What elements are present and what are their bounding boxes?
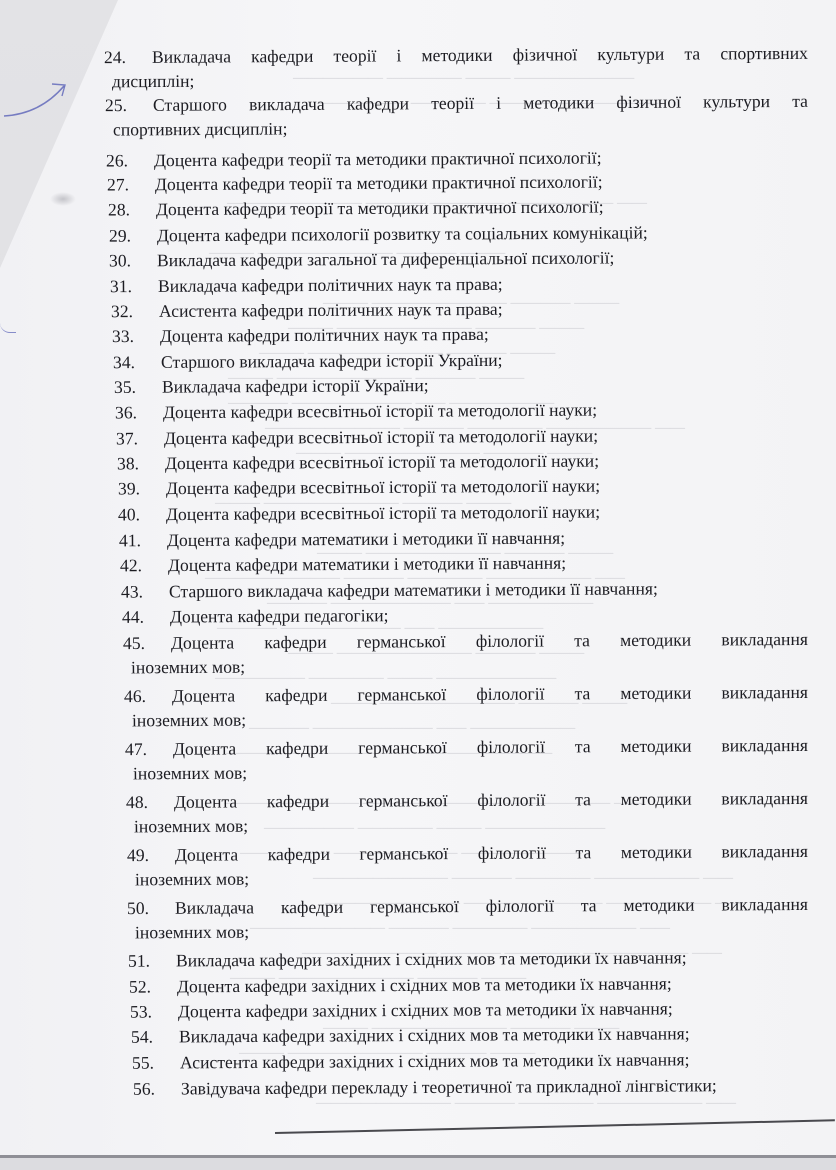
item-number: 41. xyxy=(119,529,167,551)
list-item: 26.Доцента кафедри теорії та методики пр… xyxy=(106,146,602,171)
item-number: 40. xyxy=(118,503,166,525)
item-text: Викладача кафедри західних і східних мов… xyxy=(179,1023,690,1046)
item-number: 55. xyxy=(132,1051,180,1073)
item-number: 49. xyxy=(127,844,175,866)
item-number: 51. xyxy=(128,949,176,971)
item-text: Доцента кафедри математики і методики її… xyxy=(167,528,565,550)
list-item: 51.Викладача кафедри західних і східних … xyxy=(128,946,687,971)
item-number: 33. xyxy=(112,325,160,347)
list-item: 27.Доцента кафедри теорії та методики пр… xyxy=(107,170,603,195)
item-text: Викладача кафедри західних і східних мов… xyxy=(176,947,687,970)
item-number: 27. xyxy=(107,173,155,195)
list-item: 46.Доцентакафедригерманськоїфілологіїтам… xyxy=(124,681,808,707)
item-text: Доцента кафедри всесвітньої історії та м… xyxy=(165,451,599,474)
item-number: 38. xyxy=(117,452,165,474)
item-number: 35. xyxy=(114,376,162,398)
item-text: Доцентакафедригерманськоїфілологіїтамето… xyxy=(174,787,808,813)
item-number: 39. xyxy=(118,477,166,499)
item-text: Доцента кафедри всесвітньої історії та м… xyxy=(164,426,598,449)
list-item: 31.Викладача кафедри політичних наук та … xyxy=(110,273,503,297)
item-text: Доцентакафедригерманськоїфілологіїтамето… xyxy=(171,628,808,654)
item-text: Старшого викладача кафедри математики і … xyxy=(169,578,658,601)
item-text: Викладачакафедритеоріїіметодикифізичноїк… xyxy=(152,42,808,68)
item-text: Викладача кафедри загальної та диференці… xyxy=(157,247,614,270)
list-item: 44.Доцента кафедри педагогіки; xyxy=(122,604,389,628)
list-item: 25.Старшоговикладачакафедритеоріїіметоди… xyxy=(105,90,808,116)
item-text: Доцента кафедри всесвітньої історії та м… xyxy=(166,502,600,525)
item-number: 37. xyxy=(116,427,164,449)
list-item: 34.Старшого викладача кафедри історії Ук… xyxy=(113,349,503,373)
item-number: 32. xyxy=(111,300,159,322)
list-item: 50.Викладачакафедригерманськоїфілологіїт… xyxy=(127,893,808,919)
item-number: 42. xyxy=(120,554,168,576)
item-text: Викладача кафедри політичних наук та пра… xyxy=(158,274,503,296)
item-text: Старшоговикладачакафедритеоріїіметодикиф… xyxy=(153,90,808,116)
item-number: 53. xyxy=(130,1000,178,1022)
item-text: Доцента кафедри психології розвитку та с… xyxy=(157,222,648,245)
item-text: Доцента кафедри політичних наук та права… xyxy=(160,324,489,346)
list-item: 53.Доцента кафедри західних і східних мо… xyxy=(130,997,673,1022)
item-text: Доцентакафедригерманськоїфілологіїтамето… xyxy=(175,840,808,866)
item-number: 24. xyxy=(104,46,152,68)
item-number: 52. xyxy=(129,975,177,997)
item-text: Старшого викладача кафедри історії Украї… xyxy=(161,350,503,372)
item-number: 48. xyxy=(126,791,174,813)
list-item: 37.Доцента кафедри всесвітньої історії т… xyxy=(116,425,598,450)
item-number: 45. xyxy=(123,632,171,654)
item-text: Доцента кафедри математики і методики її… xyxy=(168,553,566,575)
item-text: Викладача кафедри історії України; xyxy=(162,375,429,397)
item-text: Доцента кафедри всесвітньої історії та м… xyxy=(163,400,597,423)
position-list: 24.Викладачакафедритеоріїіметодикифізичн… xyxy=(0,0,836,1170)
item-text: Доцента кафедри теорії та методики практ… xyxy=(155,171,603,194)
list-item: 32.Асистента кафедри політичних наук та … xyxy=(111,298,503,322)
item-number: 44. xyxy=(122,606,170,628)
item-number: 50. xyxy=(127,897,175,919)
list-item: 41.Доцента кафедри математики і методики… xyxy=(119,527,565,552)
item-text: Доцента кафедри педагогіки; xyxy=(170,605,389,626)
item-number: 26. xyxy=(106,149,154,171)
list-item: 43.Старшого викладача кафедри математики… xyxy=(121,577,658,602)
list-item: 54.Викладача кафедри західних і східних … xyxy=(131,1022,690,1047)
item-continuation: дисциплін; xyxy=(112,70,195,93)
list-item: 24.Викладачакафедритеоріїіметодикифізичн… xyxy=(104,42,808,68)
item-number: 47. xyxy=(125,738,173,760)
item-continuation: спортивних дисциплін; xyxy=(113,117,288,140)
list-item: 52.Доцента кафедри західних і східних мо… xyxy=(129,972,672,997)
item-text: Асистента кафедри західних і східних мов… xyxy=(180,1049,690,1072)
item-continuation: іноземних мов; xyxy=(135,921,249,944)
item-number: 46. xyxy=(124,685,172,707)
item-number: 28. xyxy=(108,198,156,220)
item-text: Доцента кафедри західних і східних мов т… xyxy=(177,973,672,996)
item-number: 43. xyxy=(121,580,169,602)
list-item: 56.Завідувача кафедри перекладу і теорет… xyxy=(133,1074,717,1100)
item-number: 30. xyxy=(109,249,157,271)
item-continuation: іноземних мов; xyxy=(132,709,246,732)
list-item: 42.Доцента кафедри математики і методики… xyxy=(120,552,566,577)
item-text: Доцента кафедри всесвітньої історії та м… xyxy=(166,476,600,499)
item-text: Доцента кафедри теорії та методики практ… xyxy=(154,147,602,170)
list-item: 45.Доцентакафедригерманськоїфілологіїтам… xyxy=(123,628,808,654)
item-text: Викладачакафедригерманськоїфілологіїтаме… xyxy=(175,893,808,919)
list-item: 30.Викладача кафедри загальної та дифере… xyxy=(109,246,614,271)
list-item: 49.Доцентакафедригерманськоїфілологіїтам… xyxy=(127,840,808,866)
item-text: Доцентакафедригерманськоїфілологіїтамето… xyxy=(172,681,808,707)
item-text: Завідувача кафедри перекладу і теоретичн… xyxy=(181,1075,717,1098)
list-item: 28.Доцента кафедри теорії та методики пр… xyxy=(108,195,604,220)
item-number: 56. xyxy=(133,1077,181,1099)
item-continuation: іноземних мов; xyxy=(134,815,248,838)
item-number: 34. xyxy=(113,351,161,373)
item-text: Доцента кафедри теорії та методики практ… xyxy=(156,196,604,219)
list-item: 55.Асистента кафедри західних і східних … xyxy=(132,1048,690,1073)
list-item: 39.Доцента кафедри всесвітньої історії т… xyxy=(118,475,600,500)
item-number: 36. xyxy=(115,401,163,423)
item-number: 54. xyxy=(131,1025,179,1047)
item-number: 29. xyxy=(109,224,157,246)
item-number: 31. xyxy=(110,275,158,297)
item-continuation: іноземних мов; xyxy=(133,762,247,785)
list-item: 35.Викладача кафедри історії України; xyxy=(114,374,429,398)
list-item: 29.Доцента кафедри психології розвитку т… xyxy=(109,221,648,246)
item-number: 25. xyxy=(105,94,153,116)
item-text: Доцента кафедри західних і східних мов т… xyxy=(178,998,673,1021)
list-item: 40.Доцента кафедри всесвітньої історії т… xyxy=(118,501,600,526)
list-item: 48.Доцентакафедригерманськоїфілологіїтам… xyxy=(126,787,808,813)
list-item: 33.Доцента кафедри політичних наук та пр… xyxy=(112,323,489,347)
item-text: Асистента кафедри політичних наук та пра… xyxy=(159,299,503,321)
item-continuation: іноземних мов; xyxy=(131,656,245,679)
list-item: 38.Доцента кафедри всесвітньої історії т… xyxy=(117,450,599,475)
item-text: Доцентакафедригерманськоїфілологіїтамето… xyxy=(173,734,808,760)
list-item: 47.Доцентакафедригерманськоїфілологіїтам… xyxy=(125,734,808,760)
list-item: 36.Доцента кафедри всесвітньої історії т… xyxy=(115,399,597,424)
item-continuation: іноземних мов; xyxy=(135,868,249,891)
